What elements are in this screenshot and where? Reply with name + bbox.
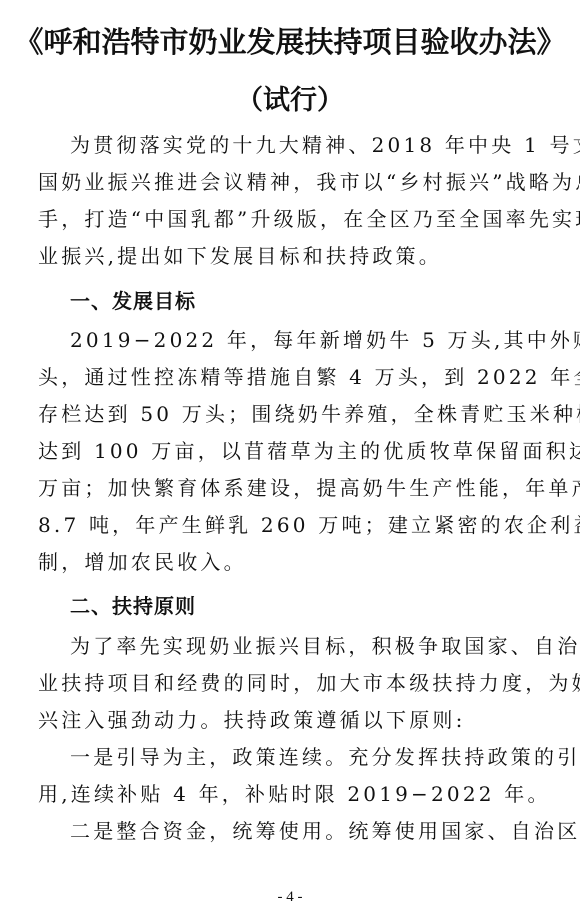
paragraph-line: 达到 100 万亩，以苜蓿草为主的优质牧草保留面积达到 20	[38, 433, 558, 469]
paragraph-line: 存栏达到 50 万头；围绕奶牛养殖，全株青贮玉米种植面积	[38, 396, 558, 432]
paragraph-line: 业振兴,提出如下发展目标和扶持政策。	[38, 238, 558, 274]
paragraph-line: 8.7 吨，年产生鲜乳 260 万吨；建立紧密的农企利益链接机	[38, 507, 558, 543]
paragraph-line: 为贯彻落实党的十九大精神、2018 年中央 1 号文件及全	[70, 127, 580, 163]
paragraph-line: 用,连续补贴 4 年，补贴时限 2019−2022 年。	[38, 776, 558, 812]
document-title: 《呼和浩特市奶业发展扶持项目验收办法》	[0, 20, 580, 61]
page-number: - 4 -	[0, 889, 580, 906]
section-heading-goals: 一、发展目标	[70, 283, 580, 319]
paragraph-line: 头，通过性控冻精等措施自繁 4 万头，到 2022 年全市奶牛	[38, 359, 558, 395]
paragraph-line: 国奶业振兴推进会议精神，我市以“乡村振兴”战略为总抓	[38, 164, 558, 200]
paragraph-line: 业扶持项目和经费的同时，加大市本级扶持力度，为奶业振	[38, 665, 558, 701]
paragraph-line: 手，打造“中国乳都”升级版，在全区乃至全国率先实现奶	[38, 201, 558, 237]
paragraph-line: 一是引导为主，政策连续。充分发挥扶持政策的引导作	[70, 739, 580, 775]
document-subtitle: （试行）	[0, 78, 580, 117]
section-heading-principles: 二、扶持原则	[70, 588, 580, 624]
paragraph-line: 二是整合资金，统筹使用。统筹使用国家、自治区、市	[70, 813, 580, 849]
paragraph-line: 为了率先实现奶业振兴目标，积极争取国家、自治区奶	[70, 628, 580, 664]
paragraph-line: 2019−2022 年，每年新增奶牛 5 万头,其中外购奶牛 1 万	[70, 322, 580, 358]
paragraph-line: 万亩；加快繁育体系建设，提高奶牛生产性能，年单产达到	[38, 470, 558, 506]
paragraph-line: 兴注入强劲动力。扶持政策遵循以下原则:	[38, 702, 558, 738]
paragraph-line: 制，增加农民收入。	[38, 544, 558, 580]
